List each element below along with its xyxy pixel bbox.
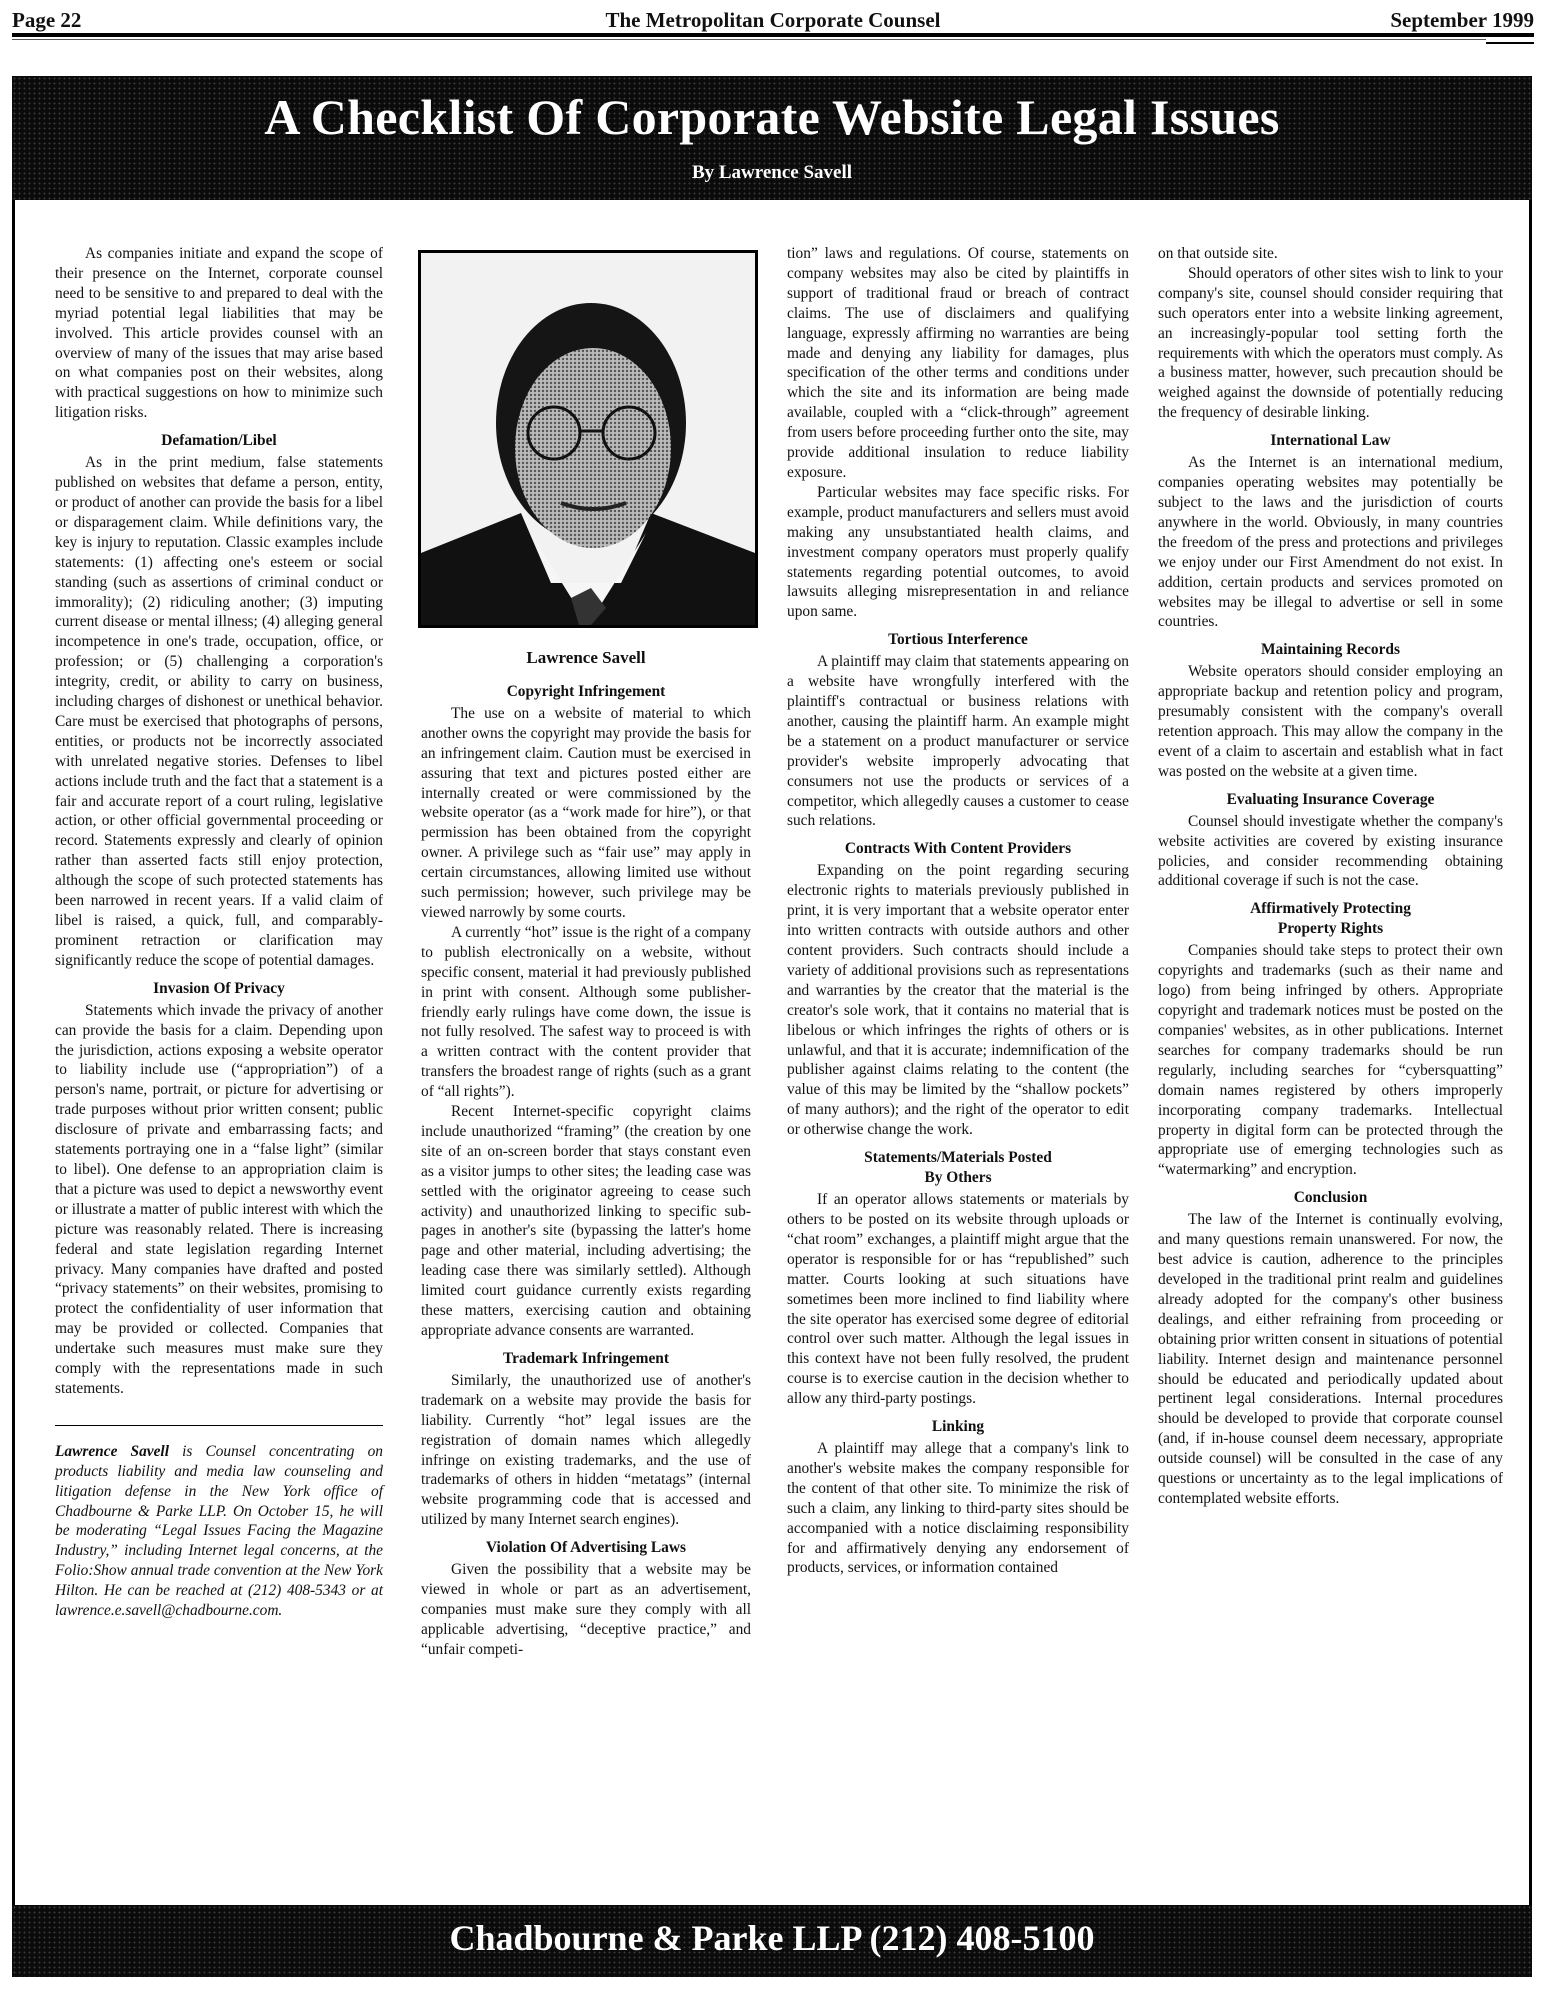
column-4: on that outside site. Should operators o… [1158, 244, 1503, 1509]
heading-line: By Others [924, 1169, 991, 1186]
section-heading-posted-by-others: Statements/Materials Posted By Others [787, 1148, 1129, 1188]
paragraph: The law of the Internet is continually e… [1158, 1210, 1503, 1509]
column-2: Lawrence Savell Copyright Infringement T… [421, 246, 751, 1660]
paragraph: If an operator allows statements or mate… [787, 1190, 1129, 1409]
paragraph: Similarly, the unauthorized use of anoth… [421, 1371, 751, 1530]
paragraph: Counsel should investigate whether the c… [1158, 812, 1503, 892]
section-heading-tortious: Tortious Interference [787, 630, 1129, 650]
title-banner: A Checklist Of Corporate Website Legal I… [12, 76, 1532, 200]
paragraph: Given the possibility that a website may… [421, 1560, 751, 1660]
running-header: Page 22 The Metropolitan Corporate Couns… [12, 0, 1534, 34]
paragraph: As in the print medium, false statements… [55, 453, 383, 971]
article-title: A Checklist Of Corporate Website Legal I… [12, 88, 1532, 146]
section-heading-copyright: Copyright Infringement [421, 682, 751, 702]
paragraph: A plaintiff may claim that statements ap… [787, 652, 1129, 831]
section-heading-property: Affirmatively Protecting Property Rights [1158, 899, 1503, 939]
paragraph: Recent Internet-specific copyright claim… [421, 1102, 751, 1341]
paragraph: Statements which invade the privacy of a… [55, 1001, 383, 1399]
bio-divider [55, 1425, 383, 1426]
author-photo [418, 250, 758, 628]
header-rule [12, 33, 1534, 37]
section-heading-conclusion: Conclusion [1158, 1188, 1503, 1208]
column-3: tion” laws and regulations. Of course, s… [787, 244, 1129, 1578]
publication-name: The Metropolitan Corporate Counsel [12, 8, 1534, 33]
paragraph-continued: tion” laws and regulations. Of course, s… [787, 244, 1129, 483]
heading-line: Statements/Materials Posted [864, 1149, 1052, 1166]
column-1: As companies initiate and expand the sco… [55, 244, 383, 1621]
paragraph: A plaintiff may allege that a company's … [787, 1439, 1129, 1578]
section-heading-trademark: Trademark Infringement [421, 1349, 751, 1369]
paragraph-continued: on that outside site. [1158, 244, 1503, 264]
photo-caption: Lawrence Savell [421, 648, 751, 668]
section-heading-contracts: Contracts With Content Providers [787, 839, 1129, 859]
header-rule-mark [1486, 42, 1534, 44]
byline: By Lawrence Savell [12, 162, 1532, 184]
author-bio-name: Lawrence Savell [55, 1443, 169, 1460]
footer-contact: Chadbourne & Parke LLP (212) 408-5100 [12, 1917, 1532, 1959]
section-heading-insurance: Evaluating Insurance Coverage [1158, 790, 1503, 810]
paragraph: Should operators of other sites wish to … [1158, 264, 1503, 423]
heading-line: Property Rights [1278, 920, 1383, 937]
intro-paragraph: As companies initiate and expand the sco… [55, 244, 383, 423]
section-heading-privacy: Invasion Of Privacy [55, 979, 383, 999]
paragraph: Website operators should consider employ… [1158, 662, 1503, 781]
paragraph: The use on a website of material to whic… [421, 704, 751, 923]
section-heading-defamation: Defamation/Libel [55, 431, 383, 451]
issue-date: September 1999 [1390, 8, 1534, 33]
section-heading-advertising: Violation Of Advertising Laws [421, 1538, 751, 1558]
heading-line: Affirmatively Protecting [1250, 900, 1411, 917]
portrait-image [421, 253, 755, 625]
section-heading-international: International Law [1158, 431, 1503, 451]
paragraph: Companies should take steps to protect t… [1158, 941, 1503, 1180]
section-heading-records: Maintaining Records [1158, 640, 1503, 660]
author-bio-text: is Counsel concentrating on products lia… [55, 1443, 383, 1619]
header-rule-thin [12, 39, 1486, 40]
footer-banner: Chadbourne & Parke LLP (212) 408-5100 [12, 1905, 1532, 1977]
section-heading-linking: Linking [787, 1417, 1129, 1437]
paragraph: Expanding on the point regarding securin… [787, 861, 1129, 1140]
paragraph: As the Internet is an international medi… [1158, 453, 1503, 632]
author-bio: Lawrence Savell is Counsel concentrating… [55, 1442, 383, 1621]
paragraph: A currently “hot” issue is the right of … [421, 923, 751, 1102]
paragraph: Particular websites may face specific ri… [787, 483, 1129, 622]
